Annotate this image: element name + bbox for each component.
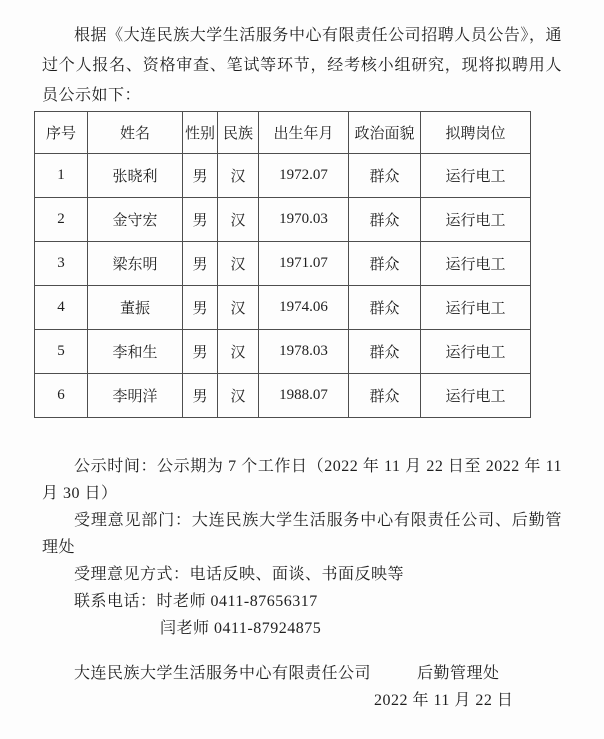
cell-name: 李和生 [88, 330, 183, 374]
intro-paragraph: 根据《大连民族大学生活服务中心有限责任公司招聘人员公告》，通过个人报名、资格审查… [42, 21, 562, 111]
cell-position: 运行电工 [421, 330, 531, 374]
table-row: 1 张晓利 男 汉 1972.07 群众 运行电工 [35, 154, 531, 198]
cell-ethnicity: 汉 [218, 286, 259, 330]
cell-position: 运行电工 [421, 198, 531, 242]
cell-ethnicity: 汉 [218, 242, 259, 286]
contact-phone-line1: 联系电话：时老师 0411-87656317 [42, 588, 562, 615]
table-row: 5 李和生 男 汉 1978.03 群众 运行电工 [35, 330, 531, 374]
table-header-row: 序号 姓名 性别 民族 出生年月 政治面貌 拟聘岗位 [35, 112, 531, 154]
cell-birthdate: 1978.03 [259, 330, 349, 374]
cell-ethnicity: 汉 [218, 198, 259, 242]
footer-section: 公示时间：公示期为 7 个工作日（2022 年 11 月 22 日至 2022 … [42, 453, 562, 714]
cell-name: 金守宏 [88, 198, 183, 242]
cell-name: 梁东明 [88, 242, 183, 286]
cell-position: 运行电工 [421, 242, 531, 286]
table-row: 3 梁东明 男 汉 1971.07 群众 运行电工 [35, 242, 531, 286]
cell-birthdate: 1972.07 [259, 154, 349, 198]
header-cell-name: 姓名 [88, 112, 183, 154]
cell-political-status: 群众 [349, 286, 421, 330]
header-cell-position: 拟聘岗位 [421, 112, 531, 154]
cell-serial: 1 [35, 154, 88, 198]
signature-row: 大连民族大学生活服务中心有限责任公司 后勤管理处 [42, 660, 562, 687]
cell-position: 运行电工 [421, 286, 531, 330]
header-cell-birthdate: 出生年月 [259, 112, 349, 154]
signature-company: 大连民族大学生活服务中心有限责任公司 [42, 660, 371, 687]
document-page: 根据《大连民族大学生活服务中心有限责任公司招聘人员公告》，通过个人报名、资格审查… [0, 0, 604, 739]
cell-serial: 3 [35, 242, 88, 286]
opinion-department-paragraph: 受理意见部门：大连民族大学生活服务中心有限责任公司、后勤管理处 [42, 507, 562, 561]
opinion-method-paragraph: 受理意见方式：电话反映、面谈、书面反映等 [42, 561, 562, 588]
cell-ethnicity: 汉 [218, 330, 259, 374]
header-cell-serial: 序号 [35, 112, 88, 154]
table-row: 4 董振 男 汉 1974.06 群众 运行电工 [35, 286, 531, 330]
cell-gender: 男 [183, 154, 218, 198]
cell-gender: 男 [183, 374, 218, 418]
cell-gender: 男 [183, 330, 218, 374]
cell-birthdate: 1974.06 [259, 286, 349, 330]
header-cell-ethnicity: 民族 [218, 112, 259, 154]
cell-serial: 2 [35, 198, 88, 242]
cell-political-status: 群众 [349, 330, 421, 374]
cell-political-status: 群众 [349, 198, 421, 242]
cell-name: 张晓利 [88, 154, 183, 198]
publicity-period-paragraph: 公示时间：公示期为 7 个工作日（2022 年 11 月 22 日至 2022 … [42, 453, 562, 507]
cell-serial: 4 [35, 286, 88, 330]
cell-political-status: 群众 [349, 242, 421, 286]
cell-gender: 男 [183, 242, 218, 286]
cell-name: 李明洋 [88, 374, 183, 418]
cell-serial: 5 [35, 330, 88, 374]
cell-gender: 男 [183, 286, 218, 330]
signature-date: 2022 年 11 月 22 日 [42, 687, 562, 714]
cell-ethnicity: 汉 [218, 154, 259, 198]
cell-birthdate: 1971.07 [259, 242, 349, 286]
header-cell-political-status: 政治面貌 [349, 112, 421, 154]
cell-ethnicity: 汉 [218, 374, 259, 418]
cell-political-status: 群众 [349, 154, 421, 198]
cell-position: 运行电工 [421, 374, 531, 418]
cell-gender: 男 [183, 198, 218, 242]
signature-department: 后勤管理处 [417, 660, 500, 687]
cell-position: 运行电工 [421, 154, 531, 198]
cell-name: 董振 [88, 286, 183, 330]
table-row: 2 金守宏 男 汉 1970.03 群众 运行电工 [35, 198, 531, 242]
cell-serial: 6 [35, 374, 88, 418]
header-cell-gender: 性别 [183, 112, 218, 154]
cell-political-status: 群众 [349, 374, 421, 418]
contact-phone-line2: 闫老师 0411-87924875 [42, 615, 562, 642]
cell-birthdate: 1970.03 [259, 198, 349, 242]
cell-birthdate: 1988.07 [259, 374, 349, 418]
table-row: 6 李明洋 男 汉 1988.07 群众 运行电工 [35, 374, 531, 418]
roster-table: 序号 姓名 性别 民族 出生年月 政治面貌 拟聘岗位 1 张晓利 男 汉 197… [34, 111, 531, 418]
